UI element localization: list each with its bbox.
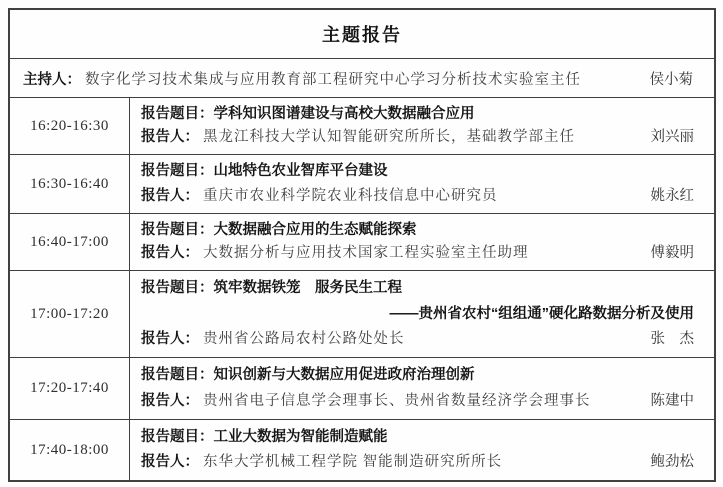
session-topic: 报告题目：大数据融合应用的生态赋能探索	[141, 220, 694, 241]
topic-text: 大数据融合应用的生态赋能探索	[214, 222, 417, 238]
topic-text: 学科知识图谱建设与高校大数据融合应用	[214, 106, 475, 122]
session-topic: 报告题目：工业大数据为智能制造赋能	[141, 427, 694, 448]
session-topic: 报告题目：学科知识图谱建设与高校大数据融合应用	[141, 104, 694, 125]
speaker-name: 姚永红	[639, 186, 695, 207]
topic-label: 报告题目：	[141, 280, 214, 296]
speaker-label: 报告人：	[141, 243, 199, 264]
table-title-text: 主题报告	[322, 21, 402, 47]
session-content: 报告题目：工业大数据为智能制造赋能 报告人： 东华大学机械工程学院 智能制造研究…	[130, 420, 714, 480]
topic-text: 山地特色农业智库平台建设	[214, 163, 388, 179]
session-time: 17:20-17:40	[10, 358, 130, 419]
host-row: 主持人： 数字化学习技术集成与应用教育部工程研究中心学习分析技术实验室主任 侯小…	[10, 58, 714, 97]
session-content: 报告题目：山地特色农业智库平台建设 报告人： 重庆市农业科学院农业科技信息中心研…	[130, 155, 714, 213]
session-speaker: 报告人： 东华大学机械工程学院 智能制造研究所所长 鲍劲松	[141, 452, 694, 473]
speaker-name: 刘兴丽	[639, 127, 695, 148]
session-time: 16:30-16:40	[10, 155, 130, 213]
topic-text: 知识创新与大数据应用促进政府治理创新	[214, 367, 475, 383]
session-speaker: 报告人： 贵州省公路局农村公路处处长 张 杰	[141, 329, 694, 350]
session-time: 17:40-18:00	[10, 420, 130, 480]
session-speaker: 报告人： 贵州省电子信息学会理事长、贵州省数量经济学会理事长 陈建中	[141, 391, 694, 412]
topic-label: 报告题目：	[141, 106, 214, 122]
topic-text: 工业大数据为智能制造赋能	[214, 429, 388, 445]
schedule-table: 主题报告 主持人： 数字化学习技术集成与应用教育部工程研究中心学习分析技术实验室…	[8, 8, 716, 482]
speaker-label: 报告人：	[141, 186, 199, 207]
topic-label: 报告题目：	[141, 222, 214, 238]
speaker-affiliation: 东华大学机械工程学院 智能制造研究所所长	[203, 452, 502, 473]
speaker-label: 报告人：	[141, 452, 199, 473]
speaker-affiliation: 贵州省公路局农村公路处处长	[203, 329, 405, 350]
session-row: 16:20-16:30 报告题目：学科知识图谱建设与高校大数据融合应用 报告人：…	[10, 97, 714, 154]
session-topic: 报告题目：知识创新与大数据应用促进政府治理创新	[141, 365, 694, 386]
session-content: 报告题目：知识创新与大数据应用促进政府治理创新 报告人： 贵州省电子信息学会理事…	[130, 358, 714, 419]
speaker-affiliation: 大数据分析与应用技术国家工程实验室主任助理	[203, 243, 529, 264]
session-topic-subtitle: ——贵州省农村“组组通”硬化路数据分析及使用	[141, 304, 694, 325]
session-time: 16:40-17:00	[10, 214, 130, 270]
session-content: 报告题目：筑牢数据铁笼 服务民生工程 ——贵州省农村“组组通”硬化路数据分析及使…	[130, 271, 714, 357]
session-topic: 报告题目：筑牢数据铁笼 服务民生工程	[141, 278, 694, 299]
topic-label: 报告题目：	[141, 163, 214, 179]
session-content: 报告题目：学科知识图谱建设与高校大数据融合应用 报告人： 黑龙江科技大学认知智能…	[130, 98, 714, 154]
speaker-label: 报告人：	[141, 329, 199, 350]
session-speaker: 报告人： 黑龙江科技大学认知智能研究所所长，基础教学部主任 刘兴丽	[141, 127, 694, 148]
session-time: 16:20-16:30	[10, 98, 130, 154]
speaker-affiliation: 重庆市农业科学院农业科技信息中心研究员	[203, 186, 498, 207]
session-speaker: 报告人： 重庆市农业科学院农业科技信息中心研究员 姚永红	[141, 186, 694, 207]
session-row: 17:40-18:00 报告题目：工业大数据为智能制造赋能 报告人： 东华大学机…	[10, 419, 714, 480]
speaker-name: 陈建中	[639, 391, 695, 412]
session-topic: 报告题目：山地特色农业智库平台建设	[141, 161, 694, 182]
topic-text: 筑牢数据铁笼 服务民生工程	[214, 280, 403, 296]
session-speaker: 报告人： 大数据分析与应用技术国家工程实验室主任助理 傅毅明	[141, 243, 694, 264]
speaker-label: 报告人：	[141, 391, 199, 412]
speaker-name: 张 杰	[639, 329, 695, 350]
speaker-name: 鲍劲松	[639, 452, 695, 473]
session-row: 16:40-17:00 报告题目：大数据融合应用的生态赋能探索 报告人： 大数据…	[10, 213, 714, 270]
session-row: 17:00-17:20 报告题目：筑牢数据铁笼 服务民生工程 ——贵州省农村“组…	[10, 270, 714, 357]
topic-label: 报告题目：	[141, 429, 214, 445]
speaker-affiliation: 黑龙江科技大学认知智能研究所所长，基础教学部主任	[203, 127, 575, 148]
host-name: 侯小菊	[638, 68, 694, 89]
speaker-name: 傅毅明	[639, 243, 695, 264]
session-content: 报告题目：大数据融合应用的生态赋能探索 报告人： 大数据分析与应用技术国家工程实…	[130, 214, 714, 270]
session-row: 17:20-17:40 报告题目：知识创新与大数据应用促进政府治理创新 报告人：…	[10, 357, 714, 419]
session-row: 16:30-16:40 报告题目：山地特色农业智库平台建设 报告人： 重庆市农业…	[10, 154, 714, 213]
table-title: 主题报告	[10, 10, 714, 58]
speaker-label: 报告人：	[141, 127, 199, 148]
speaker-affiliation: 贵州省电子信息学会理事长、贵州省数量经济学会理事长	[203, 391, 591, 412]
topic-label: 报告题目：	[141, 367, 214, 383]
host-label: 主持人：	[23, 68, 81, 89]
session-time: 17:00-17:20	[10, 271, 130, 357]
host-description: 数字化学习技术集成与应用教育部工程研究中心学习分析技术实验室主任	[85, 68, 581, 89]
